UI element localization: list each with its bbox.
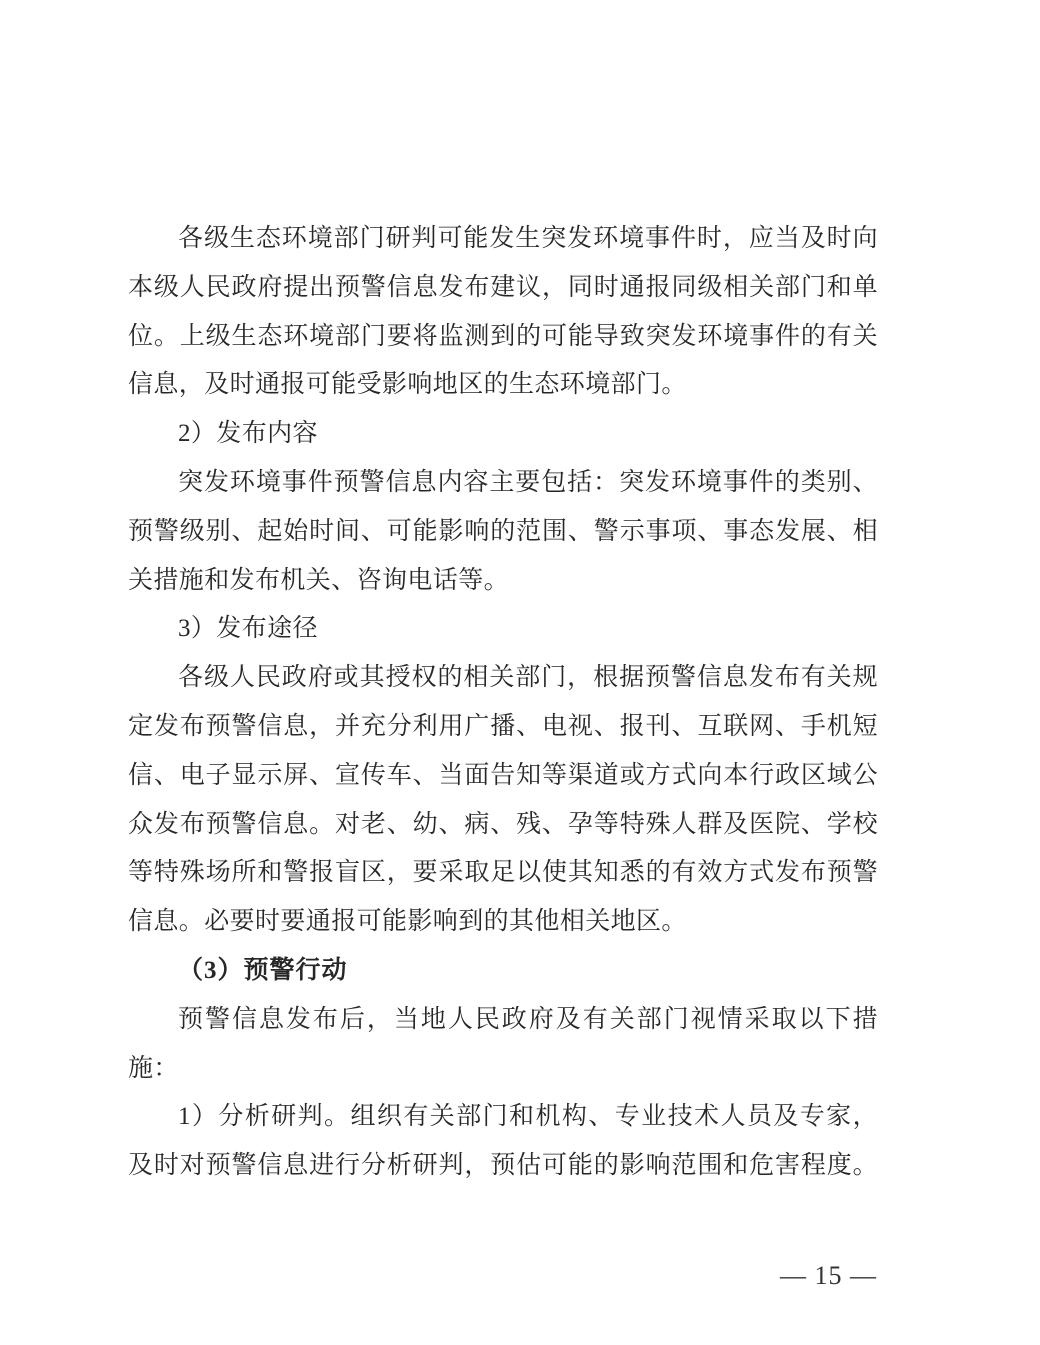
text-line: 信息，及时通报可能受影响地区的生态环境部门。 xyxy=(128,361,878,410)
text-line: 3）发布途径 xyxy=(128,605,878,654)
text-line: 本级人民政府提出预警信息发布建议，同时通报同级相关部门和单 xyxy=(128,264,878,313)
text-line: 各级人民政府或其授权的相关部门，根据预警信息发布有关规 xyxy=(128,654,878,703)
text-line: 施： xyxy=(128,1045,878,1094)
text-line: 2）发布内容 xyxy=(128,410,878,459)
text-line: 1）分析研判。组织有关部门和机构、专业技术人员及专家， xyxy=(128,1093,878,1142)
text-line: 关措施和发布机关、咨询电话等。 xyxy=(128,557,878,606)
heading-line: （3）预警行动 xyxy=(128,947,878,996)
text-line: 预警级别、起始时间、可能影响的范围、警示事项、事态发展、相 xyxy=(128,508,878,557)
text-line: 突发环境事件预警信息内容主要包括：突发环境事件的类别、 xyxy=(128,459,878,508)
text-line: 各级生态环境部门研判可能发生突发环境事件时，应当及时向 xyxy=(128,215,878,264)
text-line: 众发布预警信息。对老、幼、病、残、孕等特殊人群及医院、学校 xyxy=(128,801,878,850)
text-line: 信息。必要时要通报可能影响到的其他相关地区。 xyxy=(128,898,878,947)
text-line: 定发布预警信息，并充分利用广播、电视、报刊、互联网、手机短 xyxy=(128,703,878,752)
document-body: 各级生态环境部门研判可能发生突发环境事件时，应当及时向本级人民政府提出预警信息发… xyxy=(128,215,878,1191)
document-page: 各级生态环境部门研判可能发生突发环境事件时，应当及时向本级人民政府提出预警信息发… xyxy=(0,0,1040,1345)
text-line: 位。上级生态环境部门要将监测到的可能导致突发环境事件的有关 xyxy=(128,313,878,362)
text-line: 信、电子显示屏、宣传车、当面告知等渠道或方式向本行政区域公 xyxy=(128,752,878,801)
text-line: 等特殊场所和警报盲区，要采取足以使其知悉的有效方式发布预警 xyxy=(128,849,878,898)
page-number: — 15 — xyxy=(0,1260,877,1292)
text-line: 预警信息发布后，当地人民政府及有关部门视情采取以下措 xyxy=(128,996,878,1045)
text-line: 及时对预警信息进行分析研判，预估可能的影响范围和危害程度。 xyxy=(128,1142,878,1191)
